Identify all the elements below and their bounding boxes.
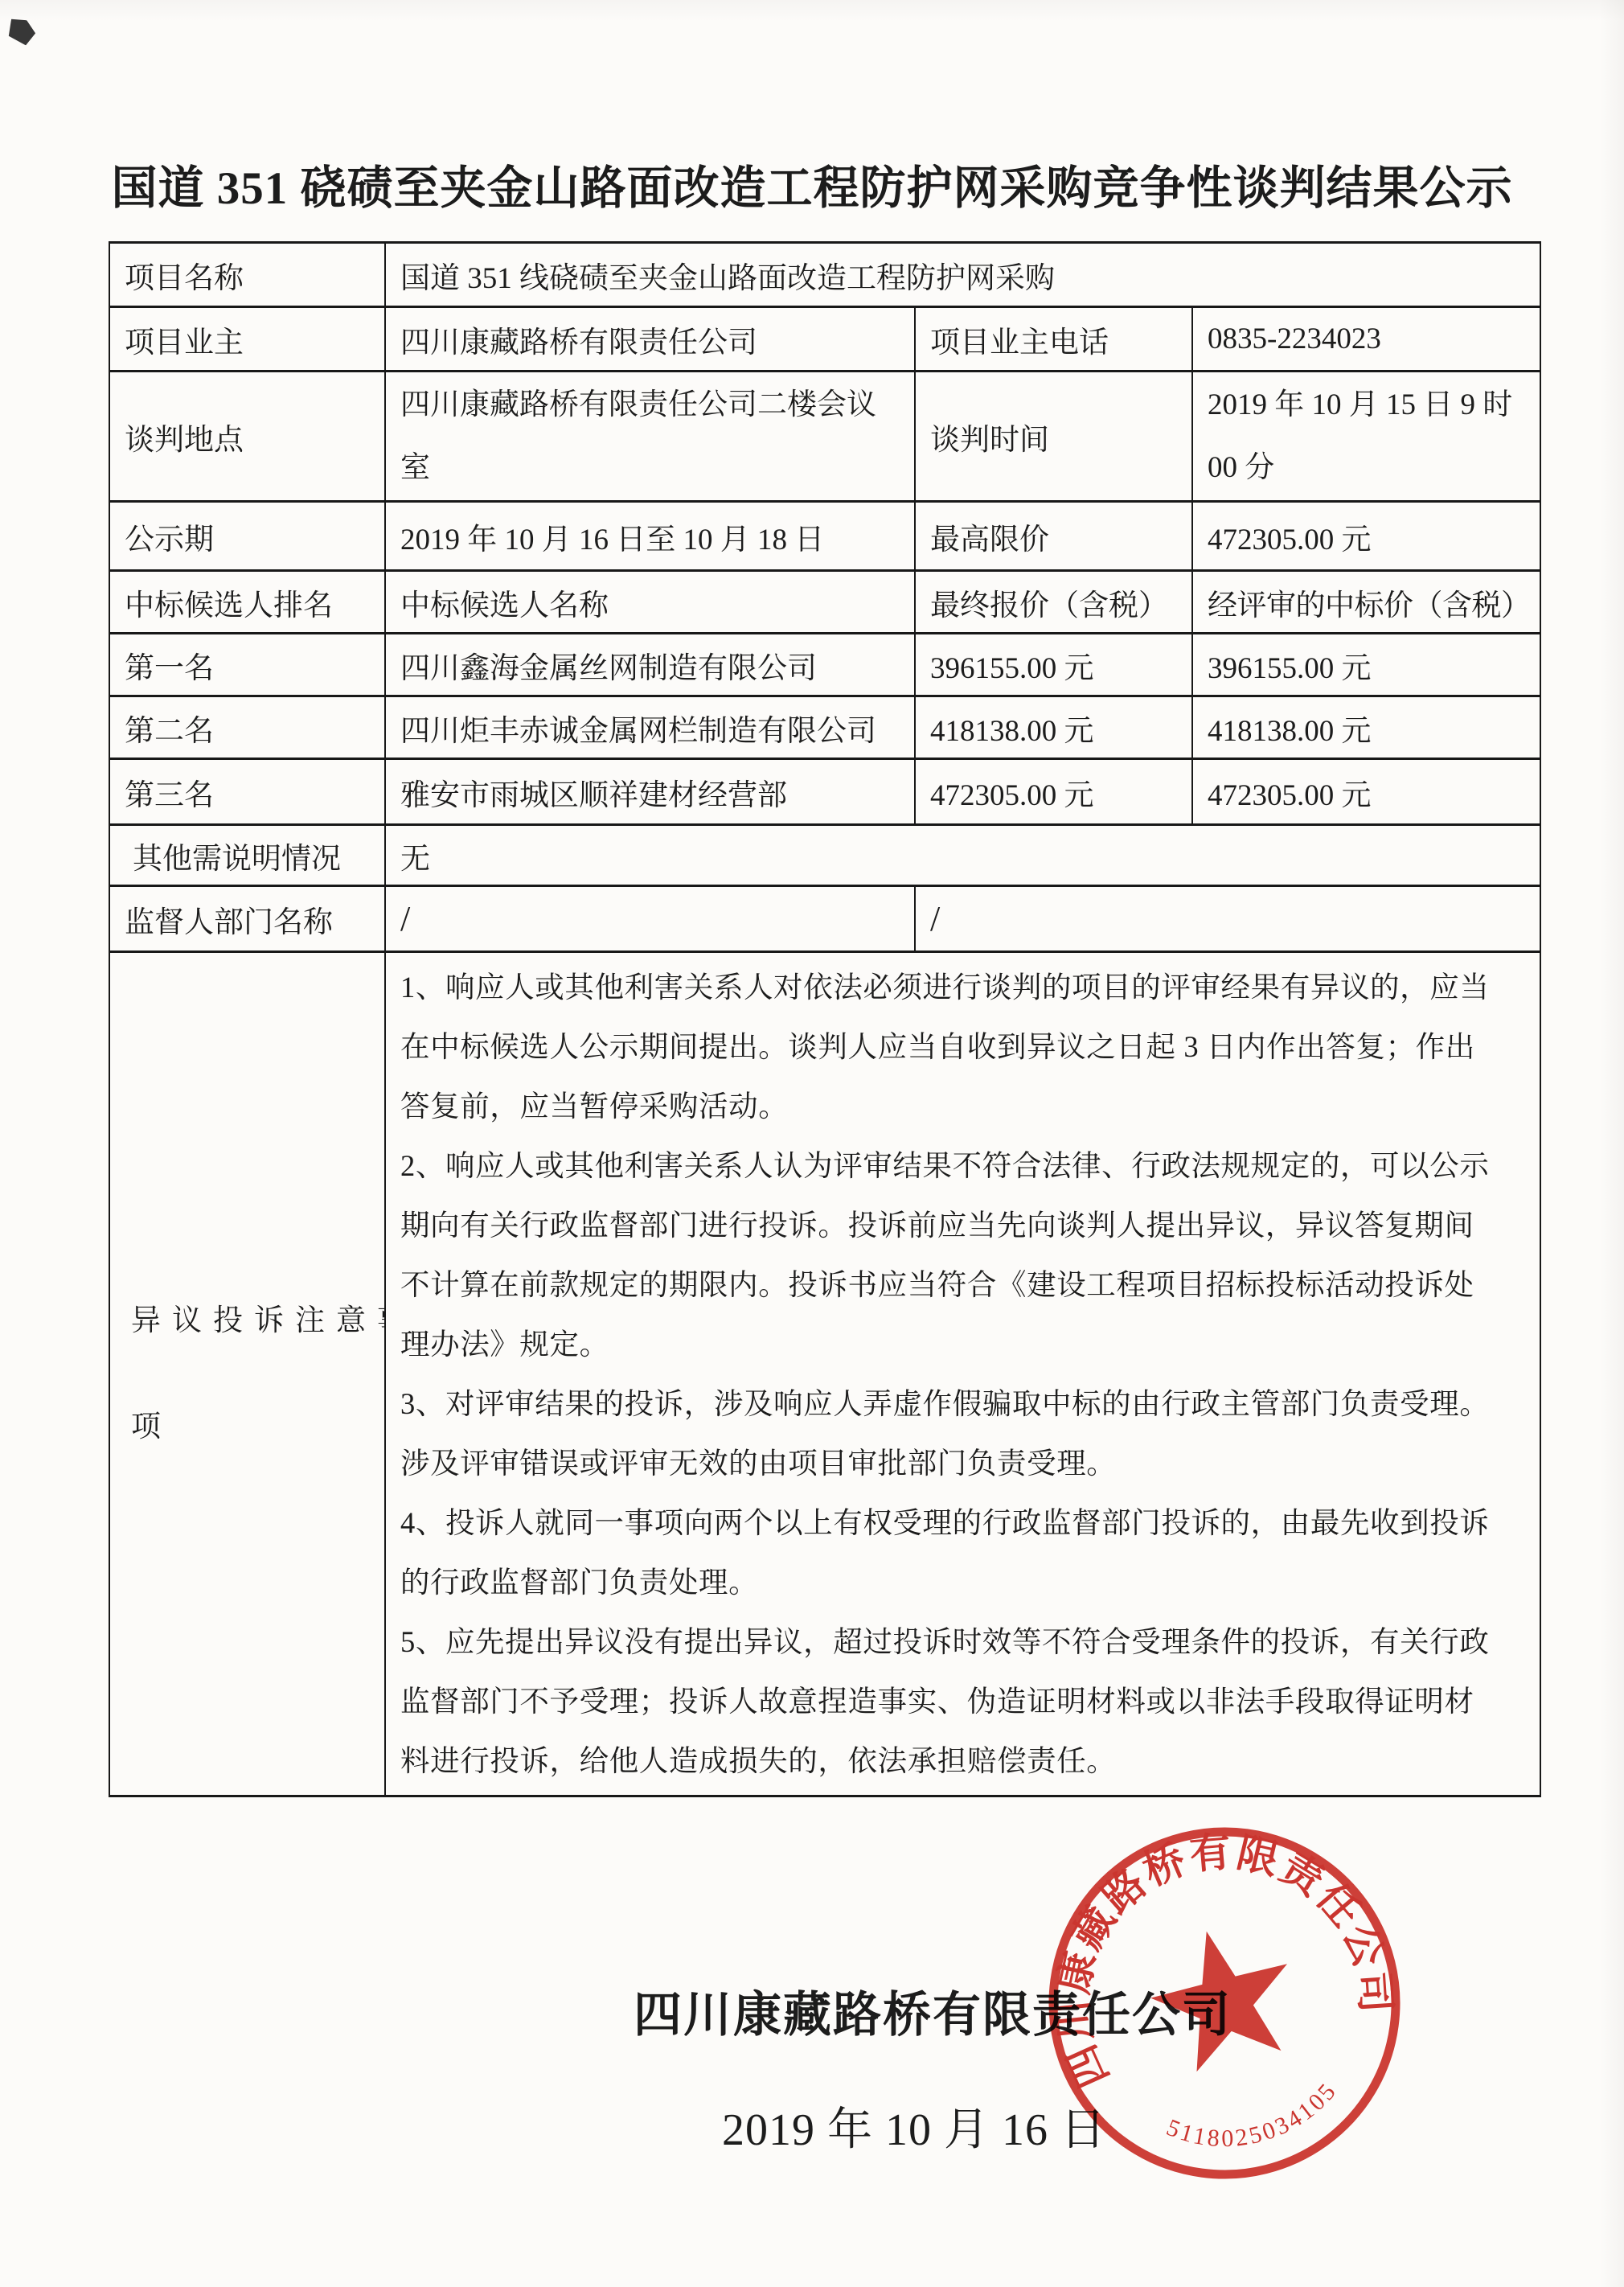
candidate-rank: 第二名 — [109, 696, 385, 759]
notice-text: 1、响应人或其他利害关系人对依法必须进行谈判的项目的评审经果有异议的，应当 在中… — [385, 952, 1540, 1796]
notice-label-line2: 项 — [131, 1393, 384, 1462]
notice-row: 异议投诉注意事 项 1、响应人或其他利害关系人对依法必须进行谈判的项目的评审经果… — [109, 952, 1540, 1796]
project-name-label: 项目名称 — [109, 243, 385, 307]
other-notes-label: 其他需说明情况 — [109, 825, 385, 886]
header-final-price: 最终报价（含税） — [915, 571, 1192, 634]
table-row: 项目名称 国道 351 线硗碛至夹金山路面改造工程防护网采购 — [109, 243, 1540, 307]
table-row: 谈判地点 四川康藏路桥有限责任公司二楼会议 室 谈判时间 2019 年 10 月… — [109, 372, 1540, 502]
notice-text-line: 5、应先提出异议没有提出异议，超过投诉时效等不符合受理条件的投诉，有关行政 — [400, 1612, 1540, 1672]
candidate-rank: 第三名 — [109, 759, 385, 825]
company-seal-stamp: 四川康藏路桥有限责任公司 5118025034105 — [1034, 1813, 1415, 2194]
publicity-label: 公示期 — [109, 502, 385, 571]
project-name-value: 国道 351 线硗碛至夹金山路面改造工程防护网采购 — [385, 243, 1540, 307]
time-label: 谈判时间 — [915, 372, 1192, 502]
publicity-value: 2019 年 10 月 16 日至 10 月 18 日 — [385, 502, 915, 571]
candidate-final-price: 418138.00 元 — [915, 696, 1192, 759]
candidate-name: 四川鑫海金属丝网制造有限公司 — [385, 634, 915, 696]
notice-text-line: 在中标候选人公示期间提出。谈判人应当自收到异议之日起 3 日内作出答复；作出 — [400, 1017, 1540, 1077]
notice-text-line: 3、对评审结果的投诉，涉及响应人弄虚作假骗取中标的由行政主管部门负责受理。 — [400, 1374, 1540, 1434]
notice-text-line: 料进行投诉，给他人造成损失的，依法承担赔偿责任。 — [400, 1731, 1540, 1791]
supervisor-value-a: / — [385, 886, 915, 952]
scan-corner-artifact — [5, 15, 39, 47]
candidate-evaluated-price: 472305.00 元 — [1192, 759, 1540, 825]
header-evaluated-price: 经评审的中标价（含税） — [1192, 571, 1540, 634]
notice-text-line: 期向有关行政监督部门进行投诉。投诉前应当先向谈判人提出异议，异议答复期间 — [400, 1196, 1540, 1255]
candidate-row: 第一名 四川鑫海金属丝网制造有限公司 396155.00 元 396155.00… — [109, 634, 1540, 696]
notice-text-line: 的行政监督部门负责处理。 — [400, 1553, 1540, 1612]
owner-value: 四川康藏路桥有限责任公司 — [385, 307, 915, 372]
notice-text-line: 监督部门不予受理；投诉人故意捏造事实、伪造证明材料或以非法手段取得证明材 — [400, 1672, 1540, 1731]
time-value-line1: 2019 年 10 月 15 日 9 时 — [1208, 374, 1540, 437]
header-name: 中标候选人名称 — [385, 571, 915, 634]
owner-phone-label: 项目业主电话 — [915, 307, 1192, 372]
notice-text-line: 涉及评审错误或评审无效的由项目审批部门负责受理。 — [400, 1434, 1540, 1493]
seal-svg: 四川康藏路桥有限责任公司 5118025034105 — [1034, 1813, 1415, 2194]
notice-label-line1: 异议投诉注意事 — [131, 1287, 384, 1356]
table-row: 其他需说明情况 无 — [109, 825, 1540, 886]
candidate-row: 第二名 四川炬丰赤诚金属网栏制造有限公司 418138.00 元 418138.… — [109, 696, 1540, 759]
venue-value-line2: 室 — [400, 437, 914, 499]
notice-text-line: 不计算在前款规定的期限内。投诉书应当符合《建设工程项目招标投标活动投诉处 — [400, 1255, 1540, 1315]
venue-label: 谈判地点 — [109, 372, 385, 502]
other-notes-value: 无 — [385, 825, 1540, 886]
page-title: 国道 351 硗碛至夹金山路面改造工程防护网采购竞争性谈判结果公示 — [0, 151, 1624, 217]
candidate-evaluated-price: 418138.00 元 — [1192, 696, 1540, 759]
candidate-row: 第三名 雅安市雨城区顺祥建材经营部 472305.00 元 472305.00 … — [109, 759, 1540, 825]
candidate-final-price: 396155.00 元 — [915, 634, 1192, 696]
price-cap-label: 最高限价 — [915, 502, 1192, 571]
venue-value: 四川康藏路桥有限责任公司二楼会议 室 — [385, 372, 915, 502]
table-row: 监督人部门名称 / / — [109, 886, 1540, 952]
candidate-name: 雅安市雨城区顺祥建材经营部 — [385, 759, 915, 825]
notice-label: 异议投诉注意事 项 — [109, 952, 385, 1796]
table-row: 公示期 2019 年 10 月 16 日至 10 月 18 日 最高限价 472… — [109, 502, 1540, 571]
header-rank: 中标候选人排名 — [109, 571, 385, 634]
supervisor-value-b: / — [915, 886, 1540, 952]
notice-text-line: 2、响应人或其他利害关系人认为评审结果不符合法律、行政法规规定的，可以公示 — [400, 1136, 1540, 1196]
seal-star-icon — [1138, 1915, 1307, 2079]
notice-text-line: 1、响应人或其他利害关系人对依法必须进行谈判的项目的评审经果有异议的，应当 — [400, 958, 1540, 1017]
table-header-row: 中标候选人排名 中标候选人名称 最终报价（含税） 经评审的中标价（含税） — [109, 571, 1540, 634]
notice-text-line: 理办法》规定。 — [400, 1315, 1540, 1374]
candidate-rank: 第一名 — [109, 634, 385, 696]
owner-phone-value: 0835-2234023 — [1192, 307, 1540, 372]
candidate-evaluated-price: 396155.00 元 — [1192, 634, 1540, 696]
result-table: 项目名称 国道 351 线硗碛至夹金山路面改造工程防护网采购 项目业主 四川康藏… — [109, 241, 1541, 1797]
seal-serial-number: 5118025034105 — [1158, 2073, 1351, 2170]
venue-value-line1: 四川康藏路桥有限责任公司二楼会议 — [400, 374, 914, 437]
candidate-name: 四川炬丰赤诚金属网栏制造有限公司 — [385, 696, 915, 759]
notice-text-line: 4、投诉人就同一事项向两个以上有权受理的行政监督部门投诉的，由最先收到投诉 — [400, 1493, 1540, 1553]
notice-text-line: 答复前，应当暂停采购活动。 — [400, 1077, 1540, 1136]
price-cap-value: 472305.00 元 — [1192, 502, 1540, 571]
supervisor-label: 监督人部门名称 — [109, 886, 385, 952]
table-row: 项目业主 四川康藏路桥有限责任公司 项目业主电话 0835-2234023 — [109, 307, 1540, 372]
owner-label: 项目业主 — [109, 307, 385, 372]
candidate-final-price: 472305.00 元 — [915, 759, 1192, 825]
time-value: 2019 年 10 月 15 日 9 时 00 分 — [1192, 372, 1540, 502]
time-value-line2: 00 分 — [1208, 437, 1540, 499]
